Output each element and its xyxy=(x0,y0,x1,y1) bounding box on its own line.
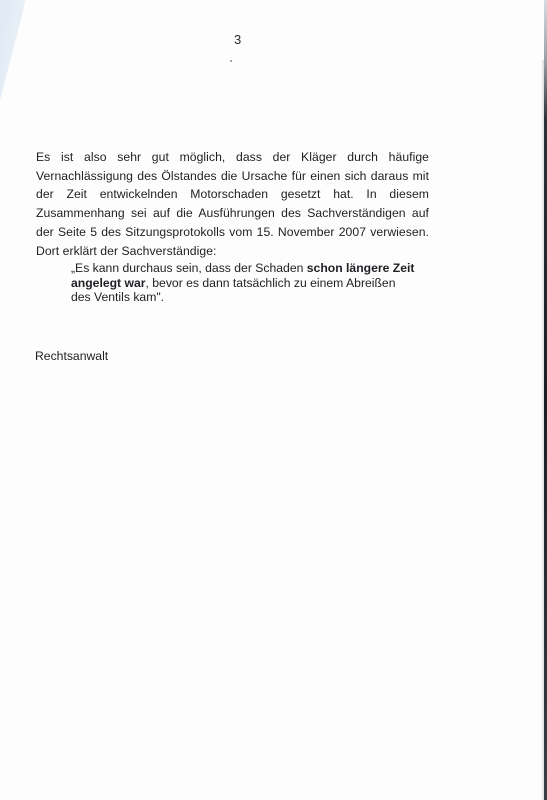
quote-text-start: „Es kann durchaus sein, dass der Schaden xyxy=(71,261,307,275)
signature-title: Rechtsanwalt xyxy=(35,349,108,363)
scan-speck xyxy=(230,60,232,62)
scan-corner-shadow xyxy=(0,0,30,110)
body-paragraph: Es ist also sehr gut möglich, dass der K… xyxy=(36,148,429,260)
page-number: 3 xyxy=(234,32,241,47)
expert-quote: „Es kann durchaus sein, dass der Schaden… xyxy=(71,261,416,305)
